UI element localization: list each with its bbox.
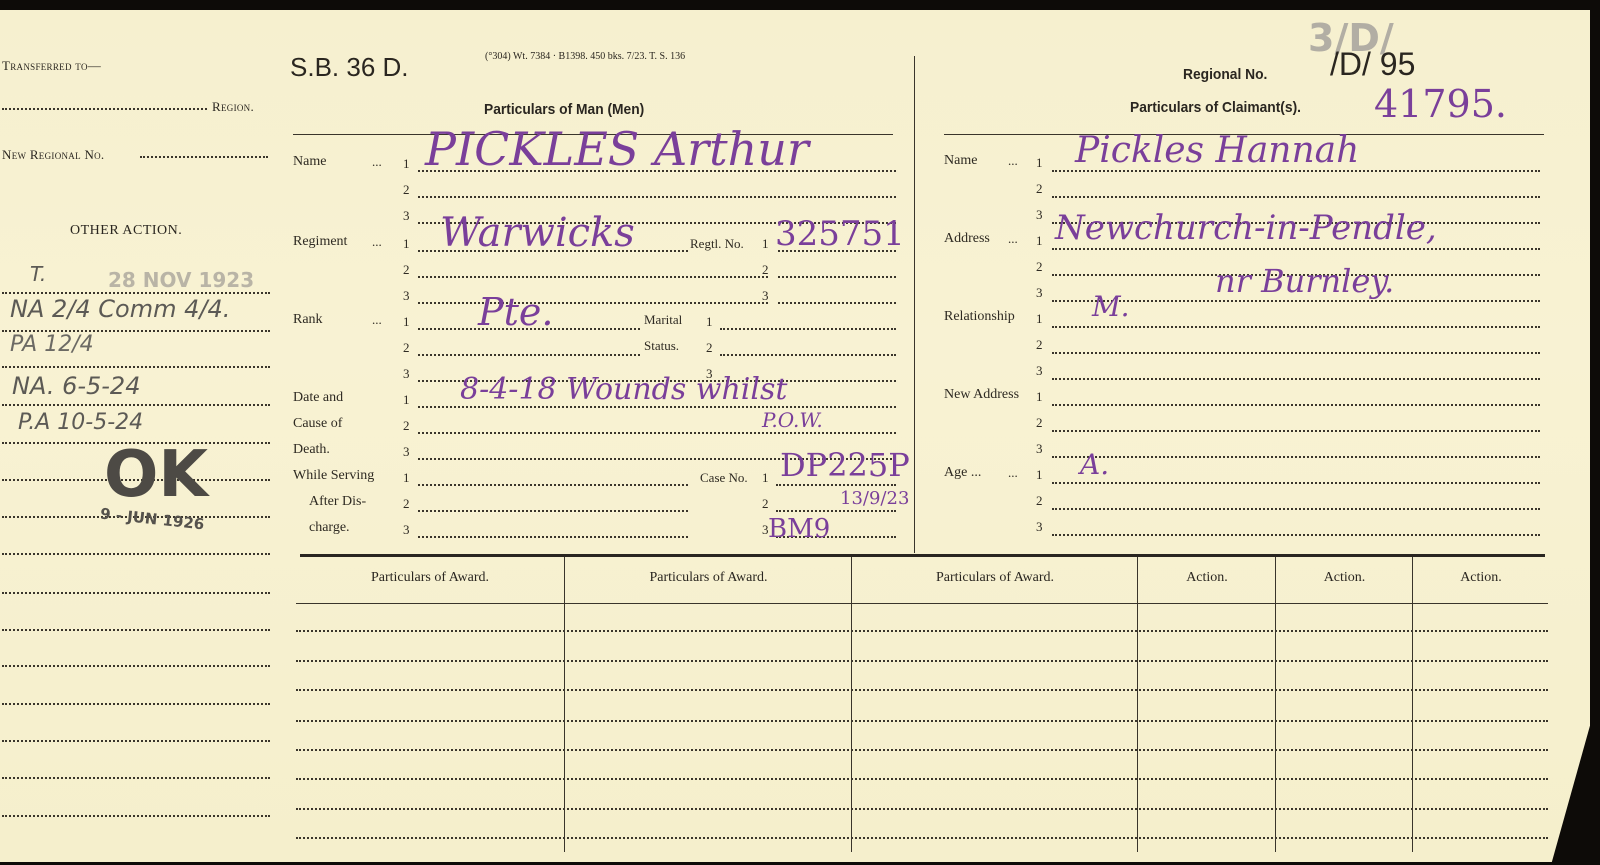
award-row-line	[296, 837, 1548, 839]
line-number: 1	[403, 156, 410, 172]
leader-dots: ...	[1008, 231, 1018, 247]
line-number: 3	[762, 288, 769, 304]
award-row-line	[296, 808, 1548, 810]
regtl-no-line-2	[778, 276, 896, 278]
other-action-line	[2, 740, 270, 742]
pencil-note: P.A 10-5-24	[18, 410, 143, 435]
pencil-note: NA 2/4 Comm 4/4.	[10, 295, 230, 323]
line-number: 1	[403, 392, 410, 408]
other-action-heading: OTHER ACTION.	[70, 223, 182, 239]
death-label-1: Date and	[293, 390, 343, 406]
case-no-value: DP225P	[780, 446, 910, 484]
other-action-line	[2, 815, 270, 817]
line-number: 2	[762, 262, 769, 278]
address-label: Address	[944, 231, 990, 247]
serving-line-1	[418, 484, 688, 486]
transferred-to-label: Transferred to—	[2, 58, 101, 74]
other-action-line	[2, 366, 270, 368]
pencil-note: T.	[30, 262, 46, 286]
line-number: 2	[403, 418, 410, 434]
new-regional-no-label: New Regional No.	[2, 147, 104, 163]
relationship-line-2	[1052, 352, 1540, 354]
address-value-1: Newchurch-in-Pendle,	[1055, 208, 1437, 248]
award-row-line	[296, 689, 1548, 691]
line-number: 3	[403, 366, 410, 382]
date-stamp-nov: 28 NOV 1923	[108, 268, 254, 292]
rank-line-2	[418, 354, 640, 356]
line-number: 3	[403, 208, 410, 224]
age-line-1	[1052, 482, 1540, 484]
award-row-line	[296, 778, 1548, 780]
serving-line-3	[418, 536, 688, 538]
case-no-line-1	[776, 484, 896, 486]
line-number: 2	[1036, 493, 1043, 509]
relationship-line-3	[1052, 378, 1540, 380]
regtl-no-value: 325751	[775, 214, 905, 254]
serving-line-2	[418, 510, 688, 512]
award-table-top-rule	[300, 554, 1545, 557]
action-header: Action.	[1414, 570, 1548, 586]
relationship-line-1	[1052, 326, 1540, 328]
line-number: 1	[1036, 467, 1043, 483]
line-number: 3	[403, 522, 410, 538]
other-action-line	[2, 629, 270, 631]
line-number: 2	[403, 262, 410, 278]
relationship-label: Relationship	[944, 309, 1015, 325]
line-number: 1	[1036, 311, 1043, 327]
other-action-line	[2, 665, 270, 667]
rank-label: Rank	[293, 312, 323, 328]
line-number: 1	[1036, 389, 1043, 405]
status-label: Status.	[644, 338, 679, 354]
case-ref: BM9	[768, 514, 830, 544]
claim-number: 41795.	[1374, 82, 1507, 126]
line-number: 2	[1036, 259, 1043, 275]
rank-value: Pte.	[478, 290, 553, 334]
claimant-name-line-2	[1052, 196, 1540, 198]
line-number: 2	[1036, 337, 1043, 353]
case-no-label: Case No.	[700, 470, 748, 486]
line-number: 3	[1036, 363, 1043, 379]
case-date: 13/9/23	[840, 488, 909, 509]
regiment-line-3	[418, 302, 768, 304]
line-number: 3	[1036, 441, 1043, 457]
regtl-no-label: Regtl. No.	[690, 236, 744, 252]
regiment-value: Warwicks	[440, 210, 635, 256]
claimant-section-heading: Particulars of Claimant(s).	[1130, 99, 1301, 116]
award-header: Particulars of Award.	[853, 570, 1137, 586]
other-action-line	[2, 592, 270, 594]
line-number: 2	[1036, 181, 1043, 197]
other-action-line	[2, 777, 270, 779]
other-action-line	[2, 553, 270, 555]
death-value-2: P.O.W.	[762, 408, 823, 432]
address-value-2: nr Burnley.	[1215, 262, 1394, 300]
line-number: 3	[1036, 285, 1043, 301]
award-row-line	[296, 630, 1548, 632]
death-value-1: 8-4-18 Wounds whilst	[460, 372, 787, 407]
pencil-note: NA. 6-5-24	[12, 372, 140, 400]
marital-line-2	[720, 354, 896, 356]
line-number: 3	[403, 444, 410, 460]
new-address-line-1	[1052, 404, 1540, 406]
award-row-line	[296, 720, 1548, 722]
regional-no-value: /D/ 95	[1330, 46, 1415, 83]
death-label-3: Death.	[293, 442, 330, 458]
line-number: 2	[403, 182, 410, 198]
charge-label: charge.	[309, 520, 350, 536]
regiment-line-2	[418, 276, 768, 278]
new-regional-no-line	[140, 156, 268, 158]
pencil-note: PA 12/4	[10, 332, 94, 357]
death-line-2	[418, 432, 896, 434]
man-name-label: Name	[293, 154, 326, 170]
other-action-line	[2, 404, 270, 406]
new-address-line-3	[1052, 456, 1540, 458]
while-serving-label: While Serving	[293, 468, 374, 484]
man-name-value: PICKLES Arthur	[425, 122, 809, 176]
age-line-2	[1052, 508, 1540, 510]
action-header: Action.	[1277, 570, 1412, 586]
age-value: A.	[1080, 448, 1109, 481]
line-number: 1	[1036, 155, 1043, 171]
award-header-rule	[296, 603, 1548, 604]
leader-dots: ...	[372, 312, 382, 328]
form-code: S.B. 36 D.	[290, 52, 409, 83]
section-divider	[914, 56, 915, 553]
age-line-3	[1052, 534, 1540, 536]
address-line-1	[1052, 248, 1540, 250]
ok-stamp: OK	[104, 438, 208, 512]
after-dis-label: After Dis-	[309, 494, 366, 510]
new-address-line-2	[1052, 430, 1540, 432]
line-number: 1	[762, 236, 769, 252]
award-header: Particulars of Award.	[566, 570, 851, 586]
claimant-name-label: Name	[944, 153, 977, 169]
line-number: 2	[1036, 415, 1043, 431]
line-number: 1	[403, 236, 410, 252]
award-header: Particulars of Award.	[296, 570, 564, 586]
line-number: 1	[403, 314, 410, 330]
new-address-label: New Address	[944, 387, 1019, 403]
line-number: 3	[1036, 207, 1043, 223]
leader-dots: ...	[372, 234, 382, 250]
line-number: 3	[1036, 519, 1043, 535]
other-action-line	[2, 292, 270, 294]
other-action-line	[2, 703, 270, 705]
line-number: 2	[706, 340, 713, 356]
regiment-label: Regiment	[293, 234, 347, 250]
marital-line-1	[720, 328, 896, 330]
leader-dots: ...	[1008, 465, 1018, 481]
print-info: (°304) Wt. 7384 · B1398. 450 bks. 7/23. …	[485, 51, 685, 62]
region-line	[2, 108, 207, 110]
case-no-line-2	[776, 510, 896, 512]
marital-label: Marital	[644, 312, 682, 328]
leader-dots: ...	[372, 154, 382, 170]
age-label: Age ...	[944, 465, 981, 481]
line-number: 1	[762, 470, 769, 486]
line-number: 2	[403, 496, 410, 512]
award-row-line	[296, 660, 1548, 662]
line-number: 3	[403, 288, 410, 304]
line-number: 1	[403, 470, 410, 486]
death-label-2: Cause of	[293, 416, 342, 432]
award-row-line	[296, 749, 1548, 751]
line-number: 2	[403, 340, 410, 356]
region-label: Region.	[212, 99, 254, 115]
line-number: 1	[706, 314, 713, 330]
regional-no-label: Regional No.	[1183, 66, 1267, 83]
man-name-line-2	[418, 196, 896, 198]
relationship-value: M.	[1092, 290, 1130, 323]
regtl-no-line-3	[778, 302, 896, 304]
line-number: 2	[762, 496, 769, 512]
leader-dots: ...	[1008, 153, 1018, 169]
pension-record-card: Transferred to— Region. New Regional No.…	[0, 10, 1590, 862]
claimant-name-value: Pickles Hannah	[1075, 130, 1359, 171]
line-number: 1	[1036, 233, 1043, 249]
action-header: Action.	[1139, 570, 1275, 586]
man-section-heading: Particulars of Man (Men)	[484, 101, 644, 118]
